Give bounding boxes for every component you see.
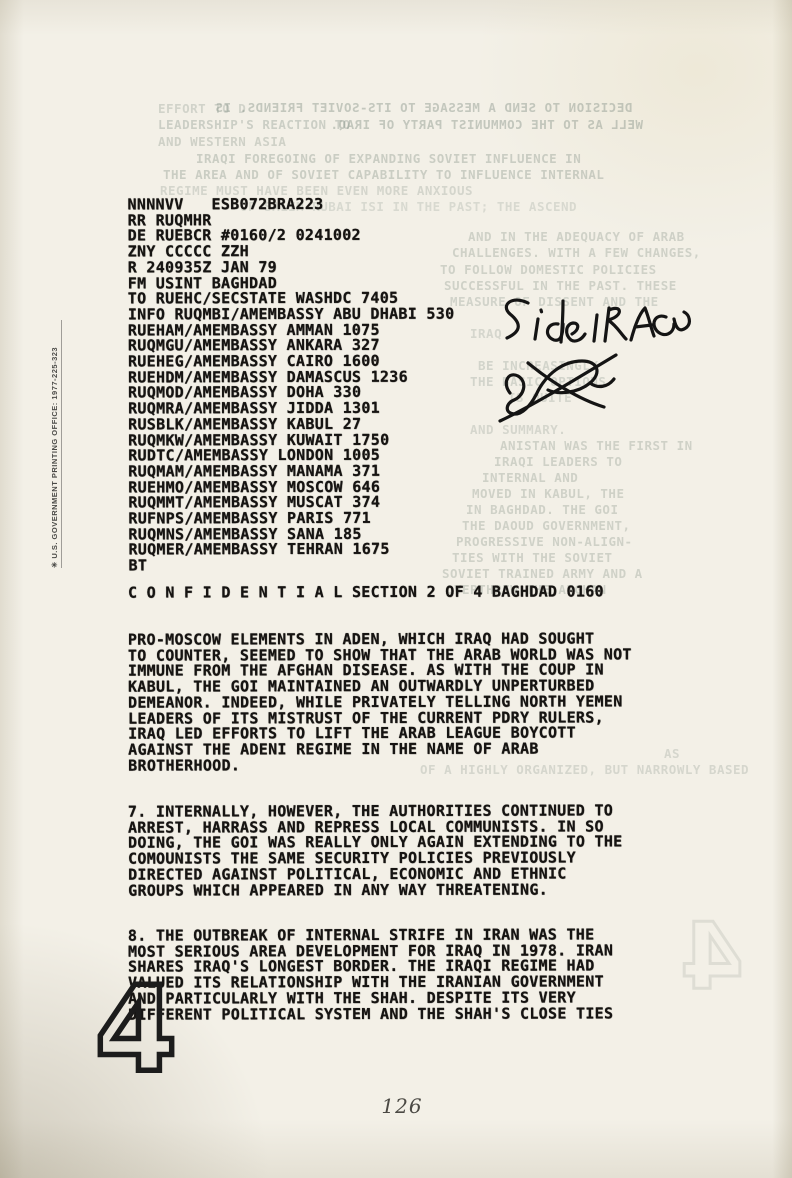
ghost-text-line: IRAQI LEADERS TO [494,454,622,469]
ghost-text-line: ANISTAN WAS THE FIRST IN [500,438,693,453]
ghost-text-line: SUCCESSFUL IN THE PAST. THESE [444,278,677,293]
ghost-text-line: SOVIET TRAINED ARMY AND A [442,566,643,581]
handwritten-annotation [494,293,724,433]
ghost-text-line: DECISION TO SEND A MESSAGE TO ITS-SOVIET… [215,100,632,115]
cable-routing-header: NNNNVV ESB072BRA223 RR RUQMHR DE RUEBCR … [128,197,456,575]
ghost-text-line: WELL AS TO THE COMMUNIST PARTY OF IRAQ. [330,117,643,132]
bleedthrough-stamp-4: 4 [672,902,752,1002]
section-stamp-digit: 4 [95,972,177,1084]
ghost-text-line: AND IN THE ADEQUACY OF ARAB [468,229,685,244]
ghost-text-line: THE AREA AND OF SOVIET CAPABILITY TO INF… [163,167,604,182]
ghost-text-line: IN BAGHDAD. THE GOI [466,502,619,517]
cable-paragraph-6-continuation: PRO-MOSCOW ELEMENTS IN ADEN, WHICH IRAQ … [128,631,632,774]
ghost-text-line: THE DAOUD GOVERNMENT, [462,518,631,533]
section-stamp-4: 4 [84,972,188,1084]
cable-paragraph-7: 7. INTERNALLY, HOWEVER, THE AUTHORITIES … [128,803,623,899]
scanned-cable-page: { "document": { "page_number": "126", "s… [0,0,792,1178]
printing-office-caption: ✳ U.S. GOVERNMENT PRINTING OFFICE: 1977-… [50,320,62,568]
ghost-text-line: AND WESTERN ASIA [158,134,286,149]
bleedthrough-stamp-digit: 4 [680,903,744,1002]
ghost-text-line: MOVED IN KABUL, THE [472,486,625,501]
classification-line: C O N F I D E N T I A L SECTION 2 OF 4 B… [128,584,604,601]
ghost-text-line: CHALLENGES. WITH A FEW CHANGES, [452,245,701,260]
ghost-text-line: LEADERSHIP'S REACTION TO [158,117,351,132]
ghost-text-line: TO FOLLOW DOMESTIC POLICIES [440,262,657,277]
ghost-text-line: IRAQI FOREGOING OF EXPANDING SOVIET INFL… [196,151,581,166]
cable-paragraph-8: 8. THE OUTBREAK OF INTERNAL STRIFE IN IR… [128,927,613,1022]
ghost-text-line: PROGRESSIVE NON-ALIGN- [456,534,633,549]
page-number: 126 [352,1094,452,1118]
ghost-text-line: AS [664,746,680,761]
ghost-text-line: TIES WITH THE SOVIET [452,550,613,565]
ghost-text-line: INTERNAL AND [482,470,578,485]
